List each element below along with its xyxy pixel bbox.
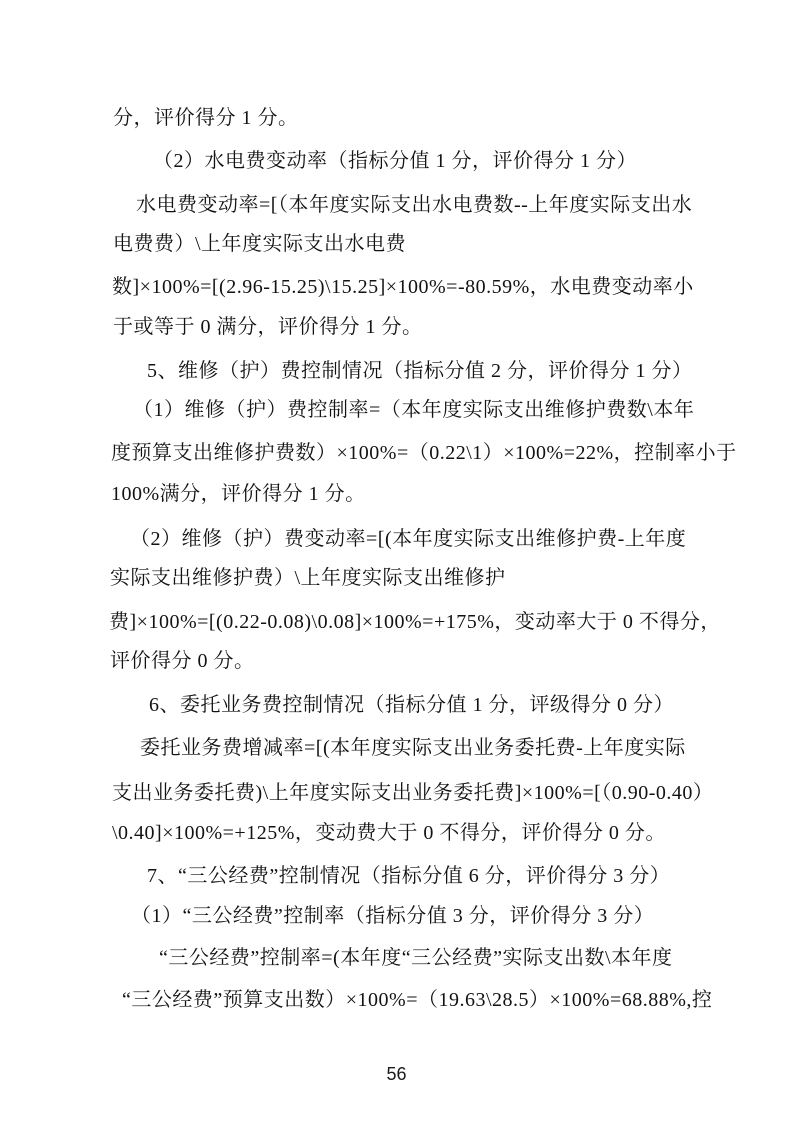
text-line: 委托业务费增减率=[(本年度实际支出业务委托费-上年度实际: [140, 735, 686, 761]
text-line: 支出业务委托费)\上年度实际支出业务委托费]×100%=[（0.90-0.40）: [112, 780, 713, 806]
text-line: 评价得分 0 分。: [110, 648, 255, 674]
page-number: 56: [0, 1064, 793, 1085]
text-line: （2）水电费变动率（指标分值 1 分，评价得分 1 分）: [153, 148, 637, 174]
text-line: \0.40]×100%=+125%，变动费大于 0 不得分，评价得分 0 分。: [112, 820, 666, 846]
text-line: “三公经费”控制率=(本年度“三公经费”实际支出数\本年度: [159, 945, 673, 971]
text-line: 水电费变动率=[（本年度实际支出水电费数--上年度实际支出水: [136, 192, 692, 218]
text-line: 费]×100%=[(0.22-0.08)\0.08]×100%=+175%，变动…: [109, 609, 721, 635]
text-line: 实际支出维修护费）\上年度实际支出维修护: [110, 565, 506, 591]
text-line: 7、“三公经费”控制情况（指标分值 6 分，评价得分 3 分）: [147, 863, 670, 889]
document-page: 分，评价得分 1 分。 （2）水电费变动率（指标分值 1 分，评价得分 1 分）…: [0, 0, 793, 1122]
text-line: 5、维修（护）费控制情况（指标分值 2 分，评价得分 1 分）: [147, 358, 693, 384]
text-line: 6、委托业务费控制情况（指标分值 1 分，评级得分 0 分）: [149, 692, 674, 718]
text-line: 于或等于 0 满分，评价得分 1 分。: [113, 314, 423, 340]
text-line: （2）维修（护）费变动率=[(本年度实际支出维修护费-上年度: [130, 526, 686, 552]
text-line: 电费费）\上年度实际支出水电费: [113, 231, 406, 257]
text-line: （1）“三公经费”控制率（指标分值 3 分，评价得分 3 分）: [131, 903, 654, 929]
text-line: 度预算支出维修护费数）×100%=（0.22\1）×100%=22%，控制率小于: [111, 440, 737, 466]
text-line: （1）维修（护）费控制率=（本年度实际支出维修护费数\本年: [133, 397, 694, 423]
text-line: “三公经费”预算支出数）×100%=（19.63\28.5）×100%=68.8…: [122, 987, 712, 1013]
text-line: 数]×100%=[(2.96-15.25)\15.25]×100%=-80.59…: [112, 274, 694, 300]
text-line: 分，评价得分 1 分。: [113, 105, 299, 131]
text-line: 100%满分，评价得分 1 分。: [111, 481, 366, 507]
